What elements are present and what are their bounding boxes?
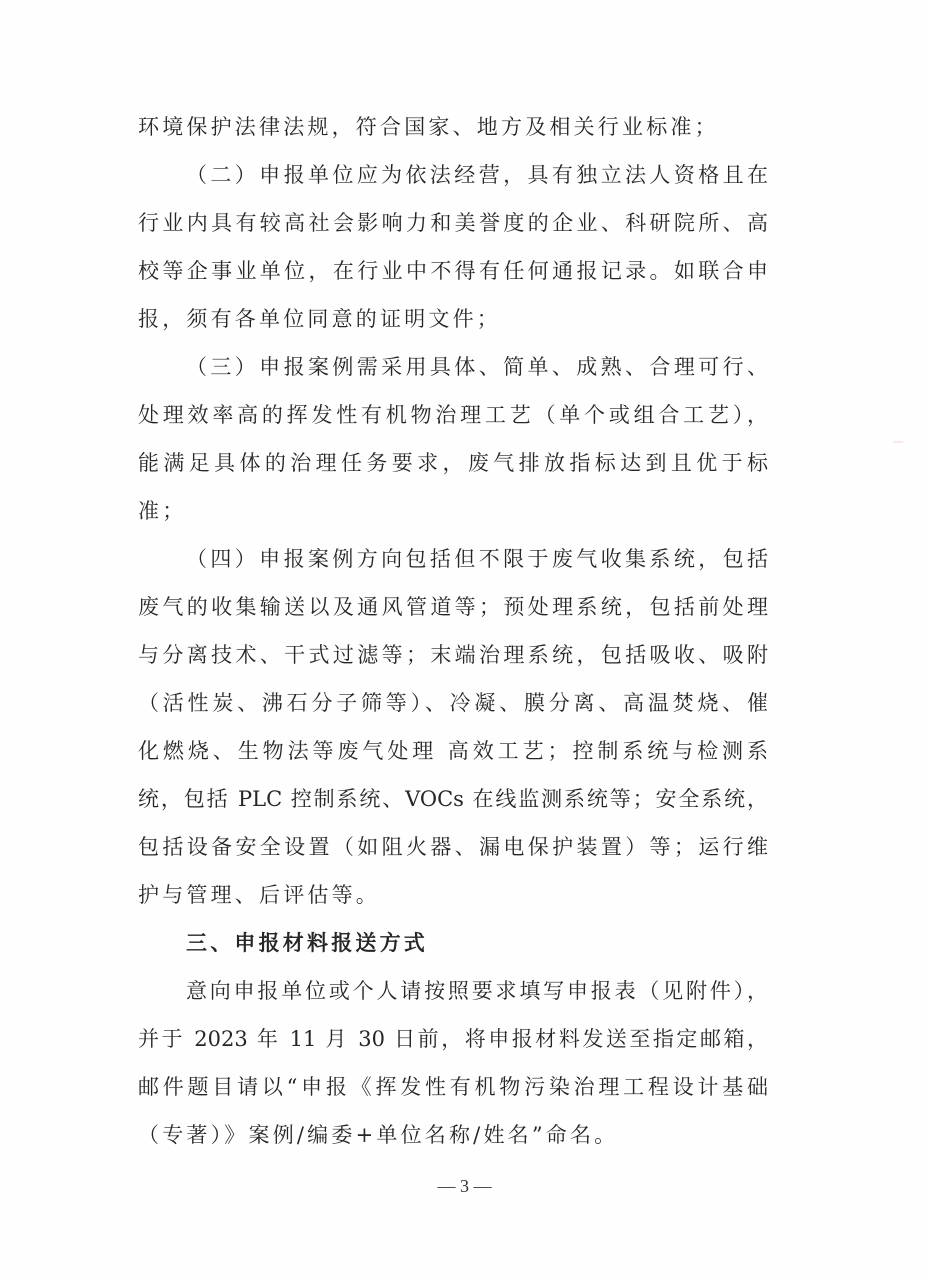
- section-body-line: 并于 2023 年 11 月 30 日前，将申报材料发送至指定邮箱，: [138, 1021, 768, 1057]
- clause-2-line: （二）申报单位应为依法经营，具有独立法人资格且在: [186, 157, 768, 193]
- clause-4-line: （四）申报案例方向包括但不限于废气收集系统，包括: [186, 541, 768, 577]
- body-line: 废气的收集输送以及通风管道等；预处理系统，包括前处理: [138, 589, 768, 625]
- section-heading: 三、申报材料报送方式: [186, 925, 768, 961]
- body-line: 环境保护法律法规，符合国家、地方及相关行业标准；: [138, 109, 768, 145]
- page-number: — 3 —: [0, 1176, 929, 1197]
- body-line: 包括设备安全设置（如阻火器、漏电保护装置）等；运行维: [138, 829, 768, 865]
- body-line: 化燃烧、生物法等废气处理 高效工艺；控制系统与检测系: [138, 733, 768, 769]
- body-line: 护与管理、后评估等。: [138, 877, 768, 913]
- body-line: 报，须有各单位同意的证明文件；: [138, 301, 768, 337]
- section-body-line: （专著）》案例/编委+单位名称/姓名”命名。: [138, 1117, 768, 1153]
- body-line: （活性炭、沸石分子筛等）、冷凝、膜分离、高温焚烧、催: [138, 685, 768, 721]
- body-line: 行业内具有较高社会影响力和美誉度的企业、科研院所、高: [138, 205, 768, 241]
- body-line: 与分离技术、干式过滤等；末端治理系统，包括吸收、吸附: [138, 637, 768, 673]
- scan-artifact: [893, 441, 903, 443]
- document-page: 环境保护法律法规，符合国家、地方及相关行业标准； （二）申报单位应为依法经营，具…: [0, 0, 929, 1280]
- body-line: 处理效率高的挥发性有机物治理工艺（单个或组合工艺），: [138, 397, 768, 433]
- section-body-line: 邮件题目请以“申报《挥发性有机物污染治理工程设计基础: [138, 1069, 768, 1105]
- clause-3-line: （三）申报案例需采用具体、简单、成熟、合理可行、: [186, 349, 768, 385]
- section-body-line: 意向申报单位或个人请按照要求填写申报表（见附件），: [186, 973, 768, 1009]
- body-line: 准；: [138, 493, 768, 529]
- body-line: 能满足具体的治理任务要求，废气排放指标达到且优于标: [138, 445, 768, 481]
- body-line: 校等企事业单位，在行业中不得有任何通报记录。如联合申: [138, 253, 768, 289]
- body-line: 统，包括 PLC 控制系统、VOCs 在线监测系统等；安全系统，: [138, 781, 768, 817]
